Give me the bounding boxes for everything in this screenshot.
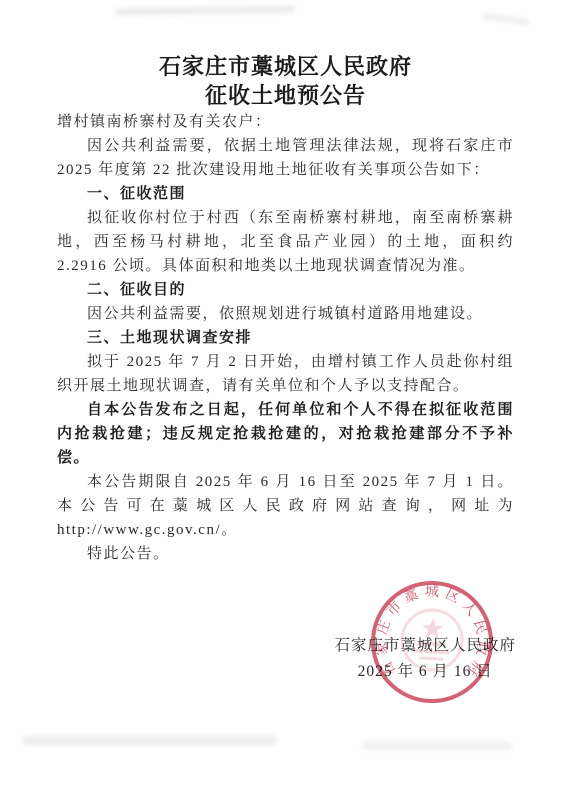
closing-line: 特此公告。 bbox=[57, 542, 514, 566]
official-seal: 石家庄市藁城区人民政府 bbox=[358, 568, 505, 715]
section-1-body: 拟征收你村位于村西（东至南桥寨村耕地，南至南桥寨耕地，西至杨马村耕地，北至食品产… bbox=[57, 206, 514, 278]
seal-emblem bbox=[401, 608, 464, 671]
section-3-heading: 三、土地现状调查安排 bbox=[57, 326, 514, 350]
title-line-2: 征收土地预公告 bbox=[205, 83, 366, 108]
validity-paragraph: 本公告期限自 2025 年 6 月 16 日至 2025 年 7 月 1 日。本… bbox=[57, 470, 514, 542]
section-1-heading: 一、征收范围 bbox=[57, 182, 514, 206]
scan-artifact bbox=[22, 736, 277, 745]
document-title: 石家庄市藁城区人民政府 征收土地预公告 bbox=[57, 52, 514, 110]
intro-paragraph: 因公共利益需要，依据土地管理法律法规，现将石家庄市 2025 年度第 22 批次… bbox=[57, 134, 514, 182]
section-2-heading: 二、征收目的 bbox=[57, 278, 514, 302]
warning-paragraph: 自本公告发布之日起，任何单位和个人不得在拟征收范围内抢栽抢建；违反规定抢栽抢建的… bbox=[57, 398, 514, 470]
title-line-1: 石家庄市藁城区人民政府 bbox=[159, 54, 412, 79]
scanned-document-page: 石家庄市藁城区人民政府 征收土地预公告 增村镇南桥寨村及有关农户： 因公共利益需… bbox=[0, 0, 566, 800]
section-3-body: 拟于 2025 年 7 月 2 日开始，由增村镇工作人员赴你村组织开展土地现状调… bbox=[57, 350, 514, 398]
scan-artifact bbox=[362, 742, 512, 750]
notice-text: 增村镇南桥寨村及有关农户： 因公共利益需要，依据土地管理法律法规，现将石家庄市 … bbox=[57, 110, 514, 566]
salutation: 增村镇南桥寨村及有关农户： bbox=[57, 110, 514, 134]
section-2-body: 因公共利益需要，依照规划进行城镇村道路用地建设。 bbox=[57, 302, 514, 326]
document-body: 石家庄市藁城区人民政府 征收土地预公告 增村镇南桥寨村及有关农户： 因公共利益需… bbox=[57, 0, 514, 566]
